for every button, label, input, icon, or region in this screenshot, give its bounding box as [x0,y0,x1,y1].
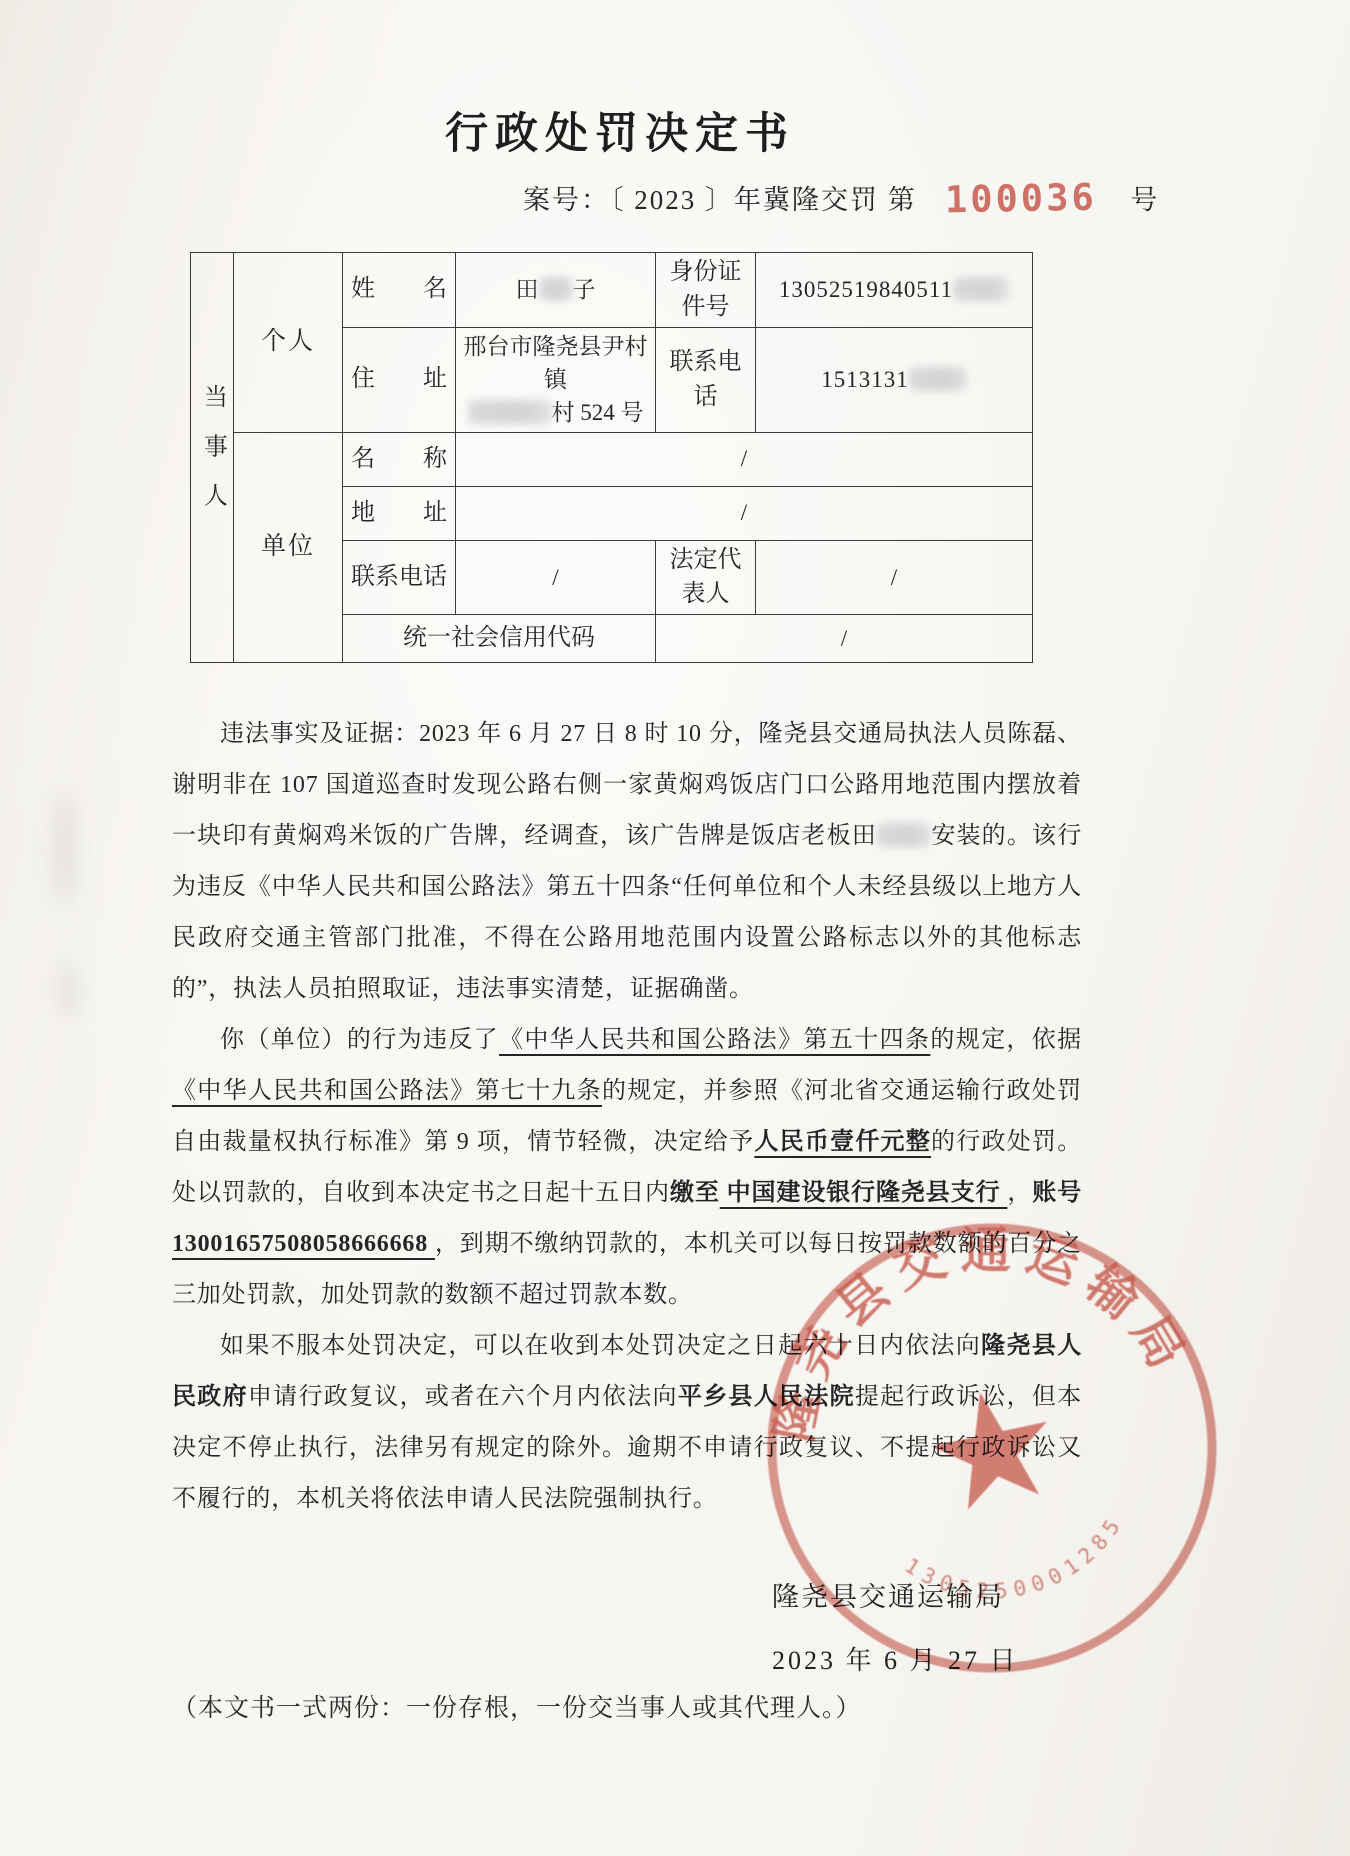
id-label-cell: 身份证件号 [656,253,756,328]
scan-smudge [52,790,78,910]
document-body: 违法事实及证据：2023 年 6 月 27 日 8 时 10 分，隆尧县交通局执… [172,709,1082,1525]
penalty-decision-document: 行政处罚决定书 案号：〔 2023 〕年冀隆交罚 第100036号 当事人 个人… [0,0,1350,1856]
credit-code-value-cell: / [656,615,1033,663]
id-value-cell: 13052519840511 [756,253,1033,328]
org-address-label-cell: 地 址 [343,486,456,540]
paragraph-decision: 你（单位）的行为违反了《中华人民共和国公路法》第五十四条的规定，依据 《中华人民… [172,1015,1082,1321]
table-row: 当事人 个人 姓 名 田子 身份证件号 13052519840511 [191,253,1033,328]
case-number-suffix: 号 [1130,185,1159,215]
scan-smudge [58,960,80,1020]
address-label-cell: 住 址 [343,327,456,432]
org-phone-label-cell: 联系电话 [343,540,456,615]
issuing-authority: 隆尧县交通运输局 [772,1575,1019,1614]
case-number-stamp: 100036 [944,176,1096,222]
signature-block: 隆尧县交通运输局 2023 年 6 月 27 日 [772,1575,1019,1677]
redaction-blur [953,277,1009,301]
phone-value-cell: 1513131 [756,327,1033,432]
legal-rep-label-cell: 法定代表人 [656,540,756,615]
case-number-line: 案号：〔 2023 〕年冀隆交罚 第100036号 [0,175,1350,218]
party-info-table: 当事人 个人 姓 名 田子 身份证件号 13052519840511 住 址 邢… [190,252,1033,663]
table-row: 单位 名 称 / [191,432,1033,486]
org-name-value-cell: / [456,432,1033,486]
phone-label-cell: 联系电话 [656,327,756,432]
paragraph-appeal-rights: 如果不服本处罚决定，可以在收到本处罚决定之日起六十日内依法向隆尧县人民政府申请行… [172,1321,1082,1525]
org-phone-value-cell: / [456,540,656,615]
legal-rep-value-cell: / [756,540,1033,615]
document-title: 行政处罚决定书 [0,100,1240,161]
redaction-blur [877,823,931,847]
paragraph-facts: 违法事实及证据：2023 年 6 月 27 日 8 时 10 分，隆尧县交通局执… [172,709,1082,1015]
decision-date: 2023 年 6 月 27 日 [772,1640,1019,1677]
org-name-label-cell: 名 称 [343,432,456,486]
name-label-cell: 姓 名 [343,253,456,328]
redaction-blur [909,367,967,391]
org-label-cell: 单位 [234,432,343,663]
party-label-cell: 当事人 [191,253,234,663]
person-label-cell: 个人 [234,253,343,433]
name-value-cell: 田子 [456,253,656,328]
copies-note: （本文书一式两份：一份存根，一份交当事人或其代理人。） [172,1688,862,1724]
case-number-prefix: 案号：〔 2023 〕年冀隆交罚 第 [523,185,917,215]
org-address-value-cell: / [456,486,1033,540]
redaction-blur [539,277,573,301]
redaction-blur [468,400,552,424]
credit-code-label-cell: 统一社会信用代码 [343,615,656,663]
address-value-cell: 邢台市隆尧县尹村镇村 524 号 [456,327,656,432]
